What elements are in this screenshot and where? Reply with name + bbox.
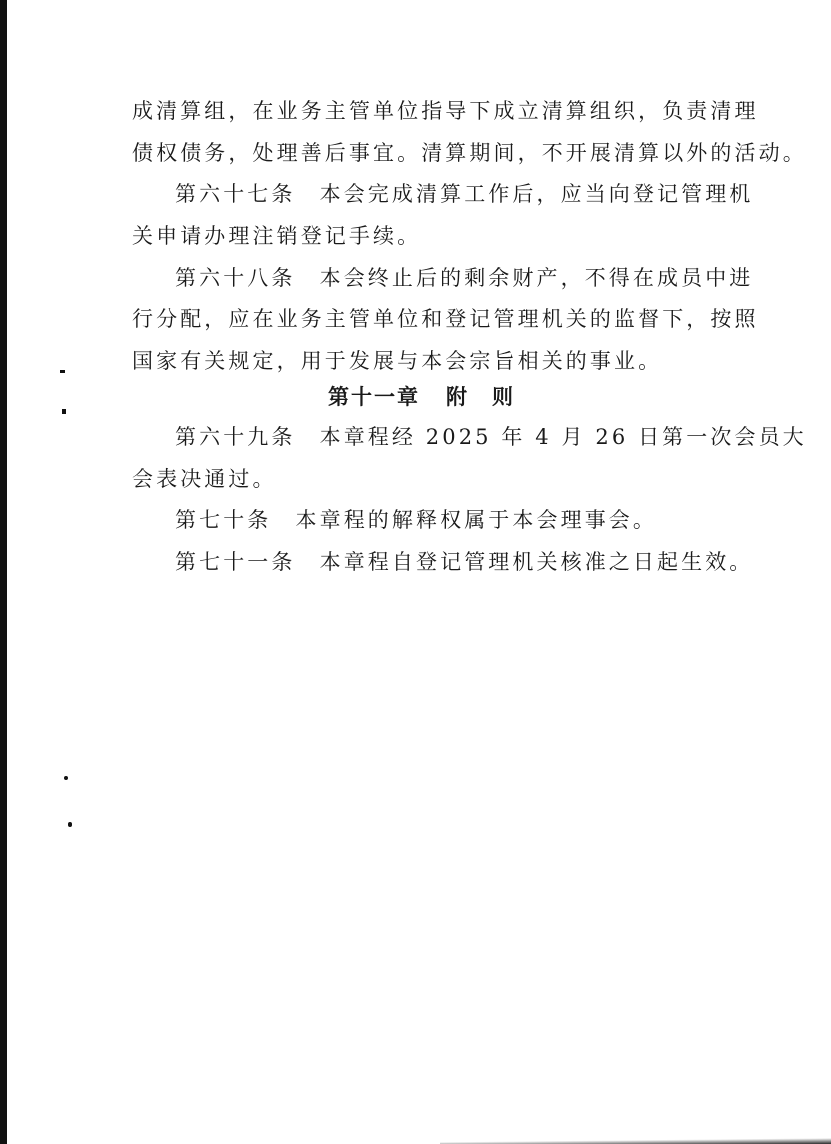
text-line: 成清算组，在业务主管单位指导下成立清算组织，负责清理 <box>132 99 759 123</box>
text-line: 国家有关规定，用于发展与本会宗旨相关的事业。 <box>132 349 662 373</box>
scan-speck <box>60 370 65 373</box>
scan-speck <box>62 409 66 414</box>
article-71-line: 第七十一条 本章程自登记管理机关核准之日起生效。 <box>175 550 753 574</box>
chapter-number: 第十一章 <box>328 384 420 409</box>
text-line: 行分配，应在业务主管单位和登记管理机关的监督下，按照 <box>132 307 759 331</box>
article-68-line: 第六十八条 本会终止后的剩余财产，不得在成员中进 <box>175 266 753 290</box>
hole-punch-mark <box>68 822 72 827</box>
article-67-line: 第六十七条 本会完成清算工作后，应当向登记管理机 <box>175 182 753 206</box>
chapter-title: 附 则 <box>446 384 515 409</box>
article-70-line: 第七十条 本章程的解释权属于本会理事会。 <box>175 508 657 532</box>
hole-punch-mark <box>64 776 68 780</box>
text-line: 会表决通过。 <box>132 467 277 491</box>
text-line: 关申请办理注销登记手续。 <box>132 224 421 248</box>
article-69-line: 第六十九条 本章程经 2025 年 4 月 26 日第一次会员大 <box>175 425 807 449</box>
chapter-heading: 第十一章附 则 <box>328 385 515 409</box>
scan-left-edge <box>0 0 7 1144</box>
scan-bottom-shadow <box>440 1138 831 1144</box>
text-line: 债权债务，处理善后事宜。清算期间，不开展清算以外的活动。 <box>132 141 807 165</box>
